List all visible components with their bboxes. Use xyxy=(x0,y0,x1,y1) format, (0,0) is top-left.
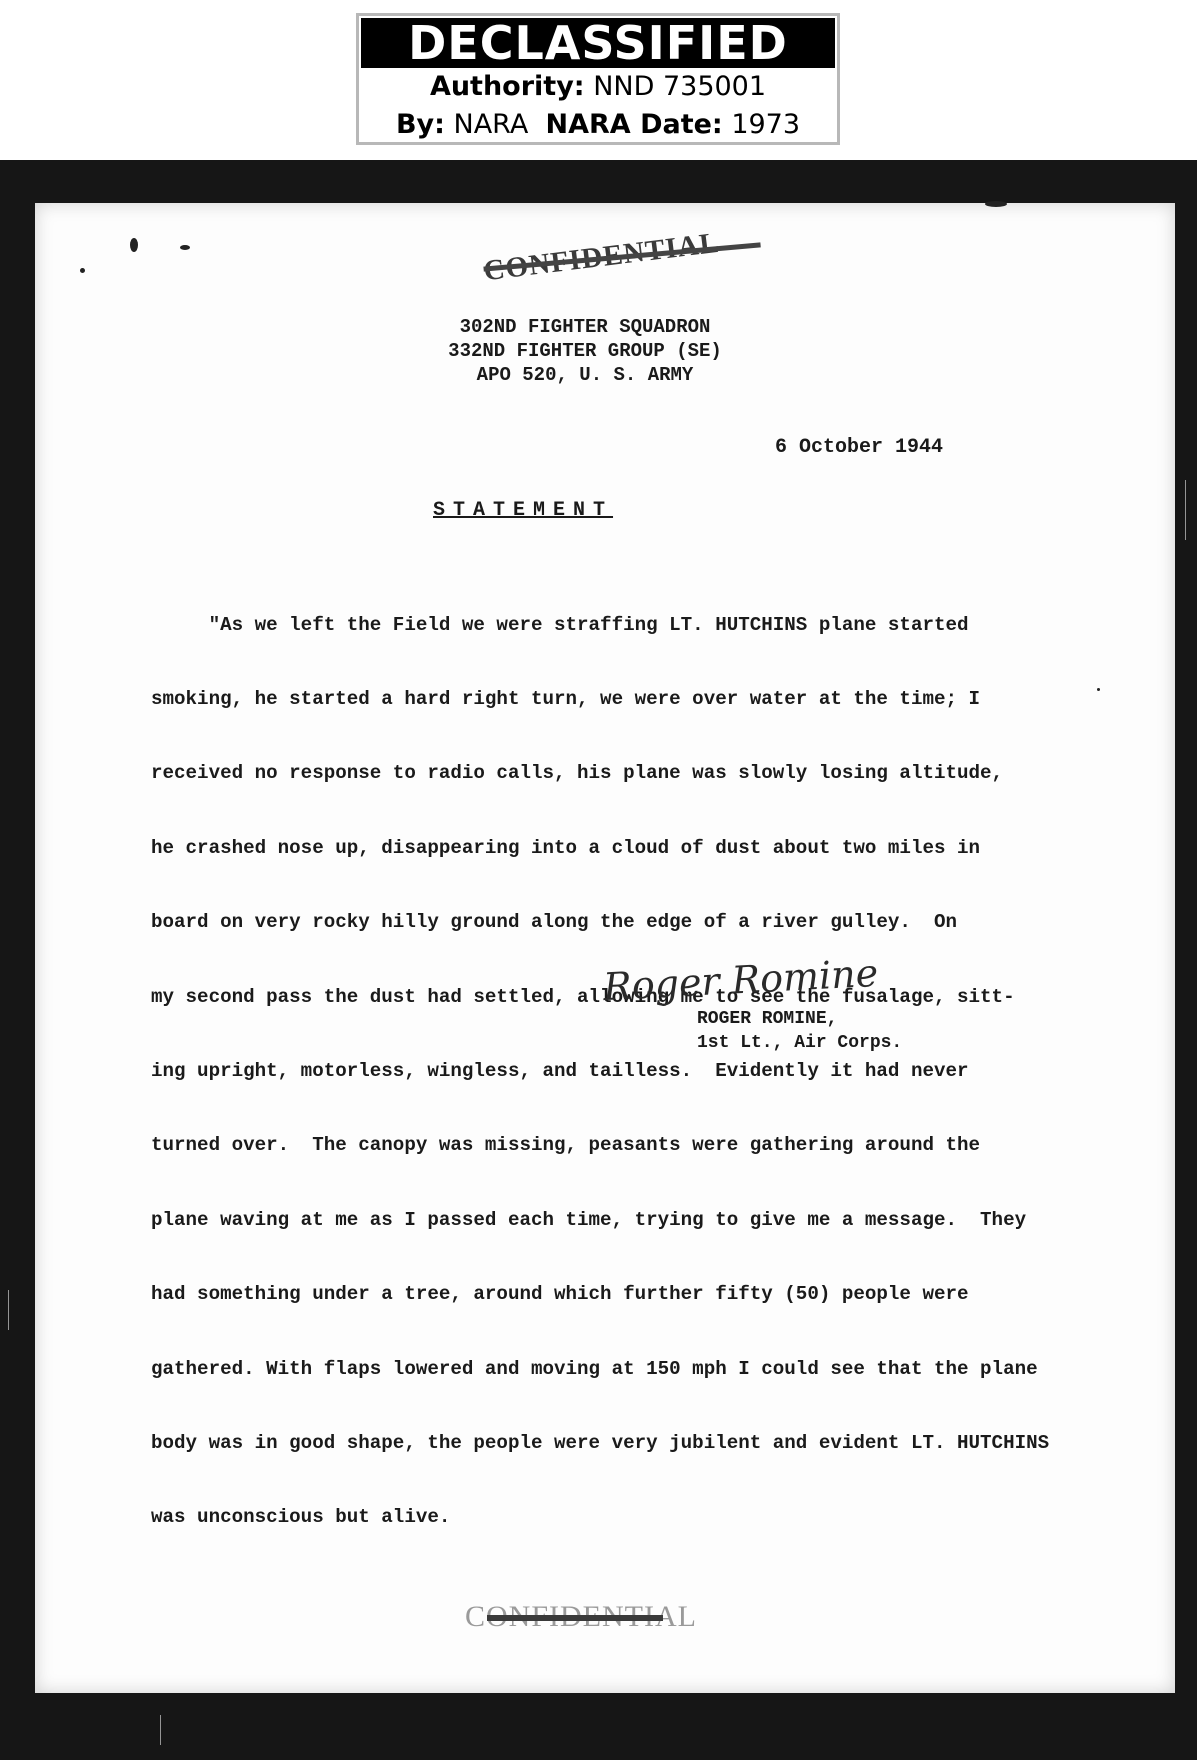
declassified-title: DECLASSIFIED xyxy=(361,18,835,68)
strikethrough-mark xyxy=(487,1615,663,1621)
authority-line: Authority: NND 735001 xyxy=(359,68,837,106)
document-date: 6 October 1944 xyxy=(775,436,943,459)
statement-heading: STATEMENT xyxy=(433,499,613,522)
body-line: body was in good shape, the people were … xyxy=(151,1431,1091,1456)
film-scratch xyxy=(160,1715,161,1745)
document-page: CONFIDENTIAL 302ND FIGHTER SQUADRON 332N… xyxy=(35,203,1175,1693)
body-line: he crashed nose up, disappearing into a … xyxy=(151,836,1091,861)
ink-speck xyxy=(130,238,138,252)
body-line: turned over. The canopy was missing, pea… xyxy=(151,1133,1091,1158)
signer-rank: 1st Lt., Air Corps. xyxy=(697,1031,902,1055)
body-line: board on very rocky hilly ground along t… xyxy=(151,910,1091,935)
by-line: By: NARA NARA Date: 1973 xyxy=(359,106,837,144)
body-line: received no response to radio calls, his… xyxy=(151,761,1091,786)
unit-header: 302ND FIGHTER SQUADRON 332ND FIGHTER GRO… xyxy=(385,315,785,387)
body-line: had something under a tree, around which… xyxy=(151,1282,1091,1307)
header-line-squadron: 302ND FIGHTER SQUADRON xyxy=(385,315,785,339)
ink-speck xyxy=(80,268,85,273)
body-line: gathered. With flaps lowered and moving … xyxy=(151,1357,1091,1382)
ink-speck xyxy=(1097,688,1100,691)
by-label: By: xyxy=(396,109,445,140)
body-line: plane waving at me as I passed each time… xyxy=(151,1208,1091,1233)
scanned-page-frame: CONFIDENTIAL 302ND FIGHTER SQUADRON 332N… xyxy=(0,160,1197,1760)
body-line: was unconscious but alive. xyxy=(151,1505,1091,1530)
signer-name: ROGER ROMINE, xyxy=(697,1007,902,1031)
body-line: smoking, he started a hard right turn, w… xyxy=(151,687,1091,712)
body-line: "As we left the Field we were straffing … xyxy=(151,613,1091,638)
confidential-stamp-top: CONFIDENTIAL xyxy=(482,227,722,289)
header-line-apo: APO 520, U. S. ARMY xyxy=(385,363,785,387)
authority-label: Authority: xyxy=(430,71,585,102)
statement-body: "As we left the Field we were straffing … xyxy=(151,563,1091,1580)
film-scratch xyxy=(1185,480,1186,540)
signature-block: ROGER ROMINE, 1st Lt., Air Corps. xyxy=(697,1007,902,1055)
header-line-group: 332ND FIGHTER GROUP (SE) xyxy=(385,339,785,363)
by-value: NARA xyxy=(454,109,529,140)
ink-speck xyxy=(985,201,1007,207)
nara-date-value: 1973 xyxy=(731,109,800,140)
authority-value: NND 735001 xyxy=(593,71,766,102)
film-scratch xyxy=(8,1290,9,1330)
ink-speck xyxy=(180,245,190,250)
body-line: ing upright, motorless, wingless, and ta… xyxy=(151,1059,1091,1084)
declassified-stamp: DECLASSIFIED Authority: NND 735001 By: N… xyxy=(356,13,840,145)
nara-date-label: NARA Date: xyxy=(546,109,723,140)
confidential-stamp-bottom: CONFIDENTIAL xyxy=(465,1600,697,1634)
